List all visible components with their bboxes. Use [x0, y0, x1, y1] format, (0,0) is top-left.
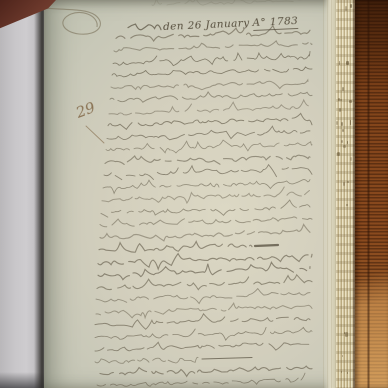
fore-edge-speck: [346, 204, 348, 206]
fore-edge-speck: [342, 355, 344, 357]
fore-edge-speck: [341, 371, 343, 374]
fore-edge-speck: [347, 141, 349, 144]
fore-edge-speck: [349, 100, 352, 103]
book-fore-edge: [336, 0, 355, 388]
fore-edge-speck: [337, 152, 340, 156]
wooden-table-surface: [355, 0, 388, 388]
fore-edge-speck: [343, 182, 345, 186]
fore-edge-speck: [347, 372, 349, 374]
page-right-curl: [323, 0, 336, 388]
entry-year-text: A° 1783: [252, 15, 298, 31]
fore-edge-speck: [343, 145, 346, 148]
fore-edge-speck: [338, 98, 340, 101]
fore-edge-speck: [345, 6, 347, 11]
fore-edge-speck: [350, 157, 352, 162]
fore-edge-speck: [341, 140, 343, 143]
fore-edge-speck: [350, 120, 351, 125]
manuscript-photo: den 26 JanuaryA° 1783 29: [0, 0, 388, 388]
fore-edge-speck: [336, 121, 338, 125]
fore-edge-speck: [342, 87, 344, 91]
fore-edge-speck: [345, 332, 348, 337]
fore-edge-speck: [346, 61, 349, 66]
fore-edge-speck: [340, 99, 342, 102]
fore-edge-speck: [342, 129, 344, 132]
fore-edge-speck: [341, 122, 344, 126]
fore-edge-speck: [350, 4, 353, 8]
fore-edge-speck: [339, 61, 340, 65]
fore-edge-speck: [339, 108, 342, 112]
manuscript-page: [44, 0, 336, 388]
fore-edge-speck: [347, 181, 349, 183]
